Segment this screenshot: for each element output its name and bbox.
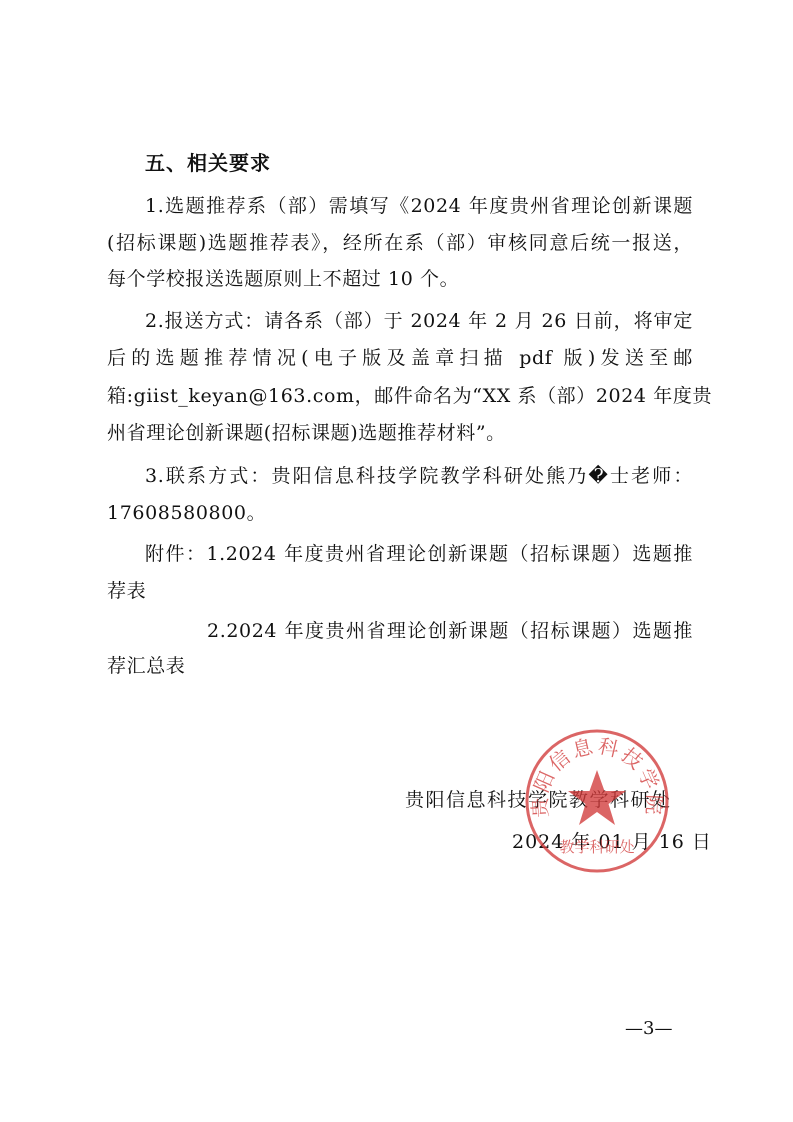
paragraph-1-line-1: 1.选题推荐系（部）需填写《2024 年度贵州省理论创新课题 [145,194,693,218]
signature-organization: 贵阳信息科技学院教学科研处 [405,788,672,812]
attachment-2-line-2: 荐汇总表 [107,654,693,678]
paragraph-2-line-2: 后的选题推荐情况(电子版及盖章扫描 pdf 版)发送至邮 [107,346,693,370]
section-heading: 五、相关要求 [145,150,271,176]
signature-date: 2024 年 01 月 16 日 [512,830,712,854]
attachment-1-line-1: 附件：1.2024 年度贵州省理论创新课题（招标课题）选题推 [145,542,693,566]
paragraph-3-line-2: 17608580800。 [107,501,693,525]
paragraph-2-line-3: 箱:giist_keyan@163.com，邮件命名为“XX 系（部）2024 … [107,384,693,408]
paragraph-2-line-1: 2.报送方式：请各系（部）于 2024 年 2 月 26 日前，将审定 [145,309,693,333]
attachment-2-line-1: 2.2024 年度贵州省理论创新课题（招标课题）选题推 [207,619,693,643]
paragraph-3-line-1: 3.联系方式：贵阳信息科技学院教学科研处熊乃�士老师： [145,464,693,488]
attachment-1-line-2: 荐表 [107,579,693,603]
paragraph-1-line-2: (招标课题)选题推荐表》，经所在系（部）审核同意后统一报送， [107,231,693,255]
document-page: 五、相关要求 1.选题推荐系（部）需填写《2024 年度贵州省理论创新课题 (招… [0,0,793,1122]
paragraph-2-line-4: 州省理论创新课题(招标课题)选题推荐材料”。 [107,421,693,445]
page-number: —3— [625,1018,672,1040]
paragraph-1-line-3: 每个学校报送选题原则上不超过 10 个。 [107,267,693,291]
